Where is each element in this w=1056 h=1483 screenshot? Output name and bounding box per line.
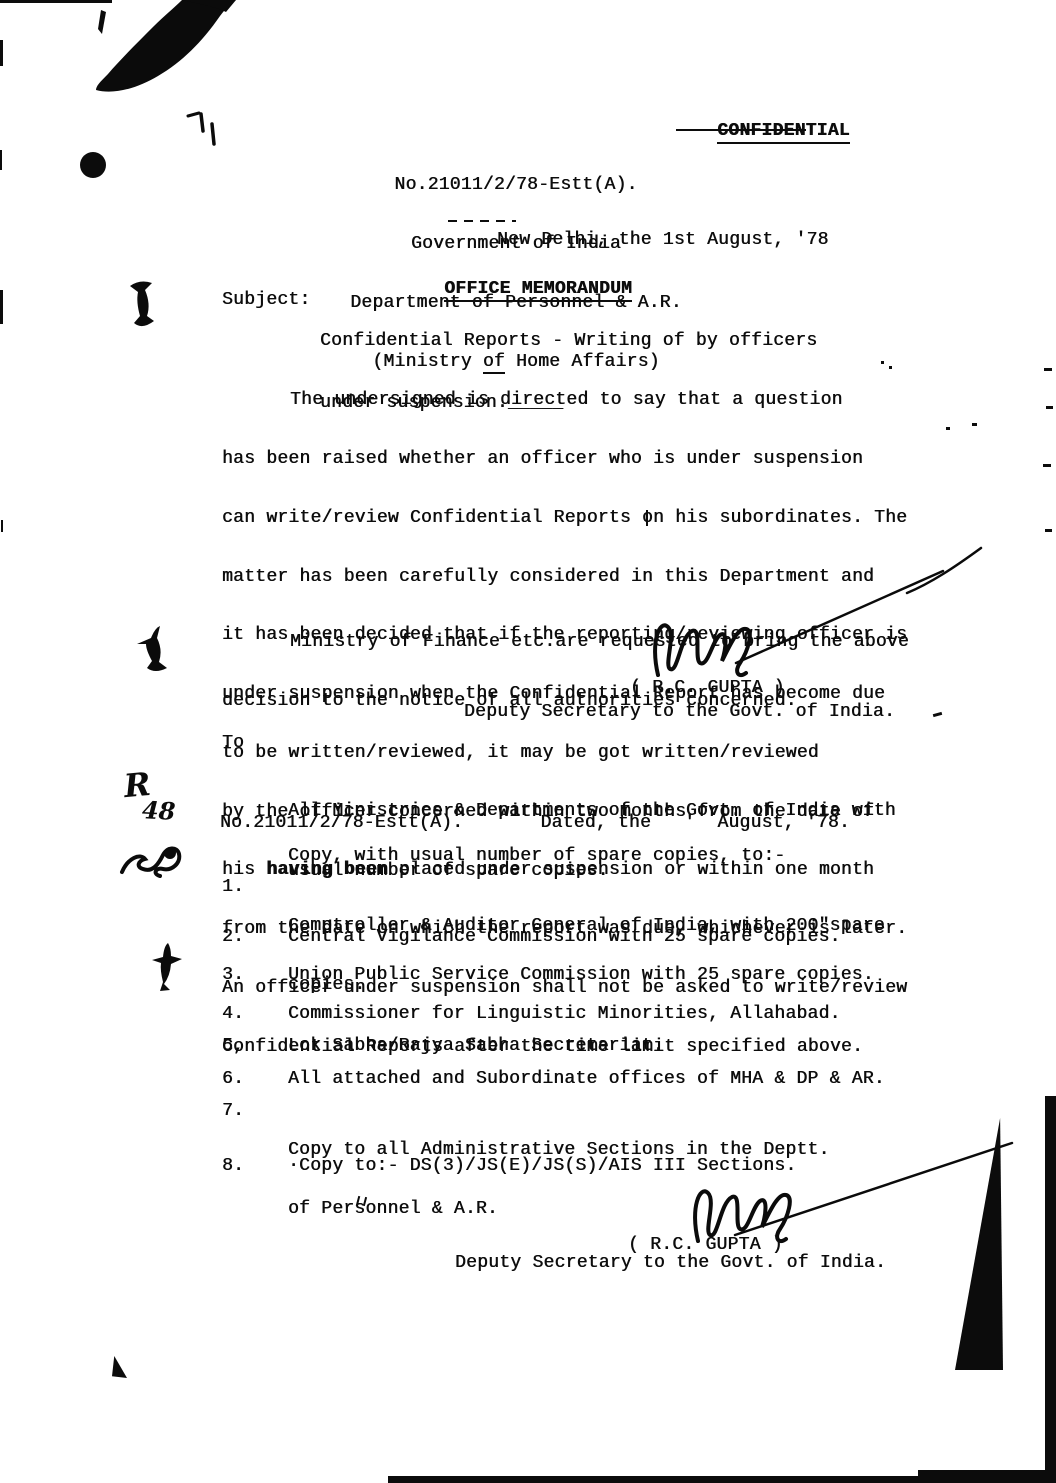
scanned-memo-page: R 48 CONFIDENTIAL No.21011/2/78-Estt(A).… xyxy=(0,0,1056,1483)
signatory-title-1: Deputy Secretary to the Govt. of India. xyxy=(464,703,895,723)
item-text: Central Vigilance Commission with 25 spa… xyxy=(288,928,841,948)
margin-dagger-mark xyxy=(150,940,184,994)
copy-heading: Copy, with usual number of spare copies,… xyxy=(288,847,785,867)
distribution-item-6: 6. All attached and Subordinate offices … xyxy=(222,1070,885,1090)
ministry-dashed-underline xyxy=(448,220,516,222)
hole-punch-mark xyxy=(80,152,106,178)
distribution-item-3: 3. Union Public Service Commission with … xyxy=(222,966,874,986)
reference-date-line: No.21011/2/78-Estt(A). Dated, the ' Augu… xyxy=(220,814,850,834)
item-number: 5, xyxy=(222,1037,288,1057)
to-label: To xyxy=(222,734,244,754)
distribution-item-2: 2. Central Vigilance Commission with 25 … xyxy=(222,928,841,948)
distribution-item-4: 4. Commissioner for Linguistic Minoritie… xyxy=(222,1005,841,1025)
item-text: Commissioner for Linguistic Minorities, … xyxy=(288,1005,841,1025)
scan-edge-dash xyxy=(1045,529,1052,532)
item-text: Lok Sabha/Rajya Sabha Secretariat. xyxy=(288,1037,664,1057)
signatory-title-2: Deputy Secretary to the Govt. of India. xyxy=(455,1254,886,1274)
scan-speck xyxy=(0,40,3,66)
item-number: 6. xyxy=(222,1070,288,1090)
place-date-line: New Delhi, the 1st August, '78 xyxy=(497,231,829,251)
scan-edge-dash xyxy=(1046,406,1053,409)
scan-speck xyxy=(946,427,950,430)
scan-speck xyxy=(1,520,3,532)
scan-bottom-bar xyxy=(918,1470,1056,1483)
classification-underline-2 xyxy=(676,129,806,131)
scan-speck xyxy=(972,423,977,426)
classification-text: CONFIDENTIAL xyxy=(717,121,850,144)
scan-edge-dash xyxy=(1044,368,1052,371)
scan-edge-strip xyxy=(1045,1096,1056,1483)
item-number: 8. xyxy=(222,1157,288,1177)
corner-pen-marks xyxy=(186,106,226,148)
item-number: 4. xyxy=(222,1005,288,1025)
signatory-name-1: ( R.C. GUPTA ) xyxy=(630,679,785,699)
margin-scribble-mark xyxy=(118,836,188,884)
distribution-item-5: 5, Lok Sabha/Rajya Sabha Secretariat. xyxy=(222,1037,664,1057)
scan-speck xyxy=(0,150,2,170)
item-number: 3. xyxy=(222,966,288,986)
signature-1 xyxy=(618,555,950,695)
corner-triangle-mark xyxy=(112,1356,127,1378)
item-text: Union Public Service Commission with 25 … xyxy=(288,966,874,986)
scan-edge-dash xyxy=(1043,464,1051,467)
item-text: All attached and Subordinate offices of … xyxy=(288,1070,885,1090)
item-number: 2. xyxy=(222,928,288,948)
margin-dagger-mark xyxy=(124,278,166,330)
item-number: 7. xyxy=(222,1102,288,1259)
margin-dagger-mark xyxy=(132,622,176,674)
scan-speck xyxy=(0,290,3,324)
reference-number: No.21011/2/78-Estt(A). xyxy=(330,176,702,196)
scan-speck xyxy=(933,712,942,717)
ink-mark-artifact xyxy=(95,10,111,38)
signature-2 xyxy=(640,1115,1020,1255)
margin-number-annotation: 48 xyxy=(141,795,176,826)
